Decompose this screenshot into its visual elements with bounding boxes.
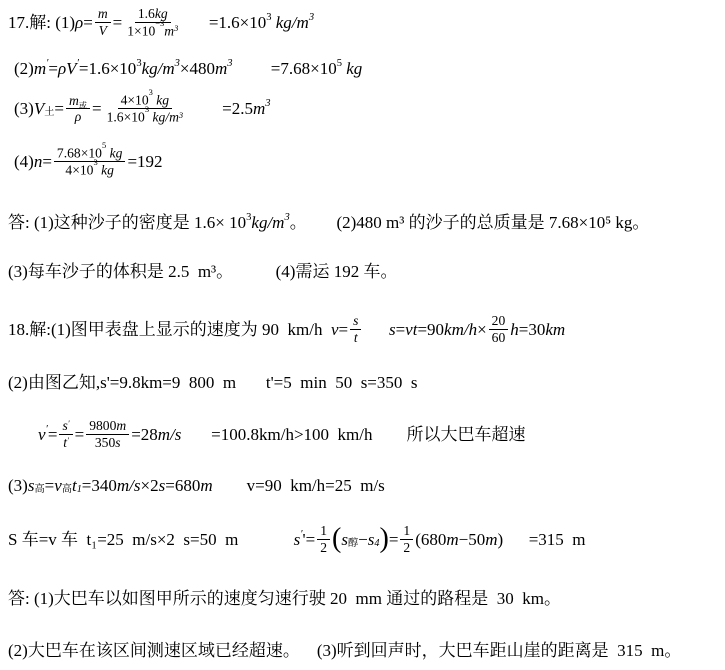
fraction-numerator: 1.6kg <box>135 6 171 23</box>
math-subit: 1 <box>77 484 82 497</box>
fraction-denominator: 60 <box>489 330 509 346</box>
math-it: ρ <box>75 12 83 33</box>
math-it: m <box>164 23 174 38</box>
math-tx: =28 <box>131 424 158 445</box>
math-tx: 1.6 <box>138 6 155 21</box>
fraction-denominator: 1.6×103 kg/m3 <box>104 109 187 125</box>
math-tx: = <box>339 319 349 340</box>
fraction-numerator: 1 <box>317 523 330 540</box>
math-it: kg <box>106 146 122 161</box>
math-tx: (2)由图乙知,s'=9.8km=9 800 m t'=5 min 50 s=3… <box>8 372 418 393</box>
math-tx: =7.68×10 <box>233 58 337 79</box>
math-it: v <box>38 424 46 445</box>
math-tx: = <box>48 58 58 79</box>
math-it: s <box>115 435 120 450</box>
math-fraction: 9800m350s <box>86 418 129 450</box>
math-tx: =192 <box>127 151 162 172</box>
q17-step2-line: (2)m′=ρV′=1.6×103kg/m3×480m3 =7.68×105 k… <box>14 58 362 79</box>
fraction-numerator: 20 <box>489 313 509 330</box>
math-tx: 答: (1)大巴车以如图甲所示的速度匀速行驶 20 mm 通过的路程是 30 k… <box>8 588 561 609</box>
math-tx: = <box>396 319 406 340</box>
math-fraction: mV <box>95 6 111 38</box>
math-tx: =315 m <box>503 529 585 550</box>
math-tx: =340 <box>82 475 117 496</box>
math-tx: 17.解: (1) <box>8 12 75 33</box>
math-tx: 350 <box>95 435 115 450</box>
math-it: V <box>99 23 107 38</box>
math-tx: 1 <box>320 523 327 538</box>
math-it: s <box>159 475 166 496</box>
math-it: s <box>389 319 396 340</box>
math-fraction: 4×103 kg1.6×103 kg/m3 <box>104 92 187 125</box>
math-sup: 3 <box>136 57 141 70</box>
math-tx: ×2 <box>141 475 159 496</box>
math-supit: 3 <box>227 57 232 70</box>
q18-answer2-line: (2)大巴车在该区间测速区域已经超速。 (3)听到回声时，大巴车距山崖的距离是 … <box>8 640 681 661</box>
q17-step3-line: (3)V土=m或ρ=4×103 kg1.6×103 kg/m3 =2.5m3 <box>14 92 271 125</box>
math-it: kg/m <box>149 110 179 125</box>
math-fraction: 12 <box>400 523 413 555</box>
fraction-numerator: 1 <box>400 523 413 540</box>
math-it: s <box>62 418 67 433</box>
math-supit: ′ <box>46 423 48 436</box>
fraction-denominator: 4×103 kg <box>62 162 117 178</box>
math-it: ρ <box>75 109 82 124</box>
math-tx: =100.8km/h>100 km/h 所以大巴车超速 <box>181 424 525 445</box>
math-tx: 20 <box>492 313 506 328</box>
math-it: ρV <box>58 58 77 79</box>
math-it: km <box>545 319 565 340</box>
math-it: v <box>54 475 62 496</box>
math-it: m <box>200 475 212 496</box>
math-supit: 3 <box>309 11 314 24</box>
fraction-denominator: ρ <box>72 109 85 125</box>
fraction-numerator: 7.68×105 kg <box>54 145 126 162</box>
math-it: kg <box>342 58 362 79</box>
math-supit: 3 <box>284 211 289 224</box>
q17-answer1-line: 答: (1)这种沙子的密度是 1.6× 103kg/m3。 (2)480 m³ … <box>8 212 649 233</box>
math-tx: = <box>45 475 55 496</box>
math-tx: 2 <box>403 540 410 555</box>
math-tx: 答: (1)这种沙子的密度是 1.6× 10 <box>8 212 246 233</box>
math-it: kg <box>153 93 169 108</box>
math-sup: 3 <box>149 87 153 97</box>
math-it: m <box>253 98 265 119</box>
q18-step5-line: S 车=v 车 t₁=25 m/s×2 s=50 m s′'=12(s醇−s4)… <box>8 522 586 557</box>
math-tx <box>363 319 389 340</box>
math-tx: (3) <box>14 98 34 119</box>
fraction-denominator: 2 <box>400 540 413 556</box>
math-tx: = <box>92 98 102 119</box>
math-tx: =30 <box>519 319 546 340</box>
math-fraction: 7.68×105 kg4×103 kg <box>54 145 126 178</box>
math-tx: =680 <box>165 475 200 496</box>
math-tx: 2 <box>320 540 327 555</box>
math-it: s <box>353 313 358 328</box>
math-tx: = <box>113 12 123 33</box>
math-tx: ×480 <box>180 58 215 79</box>
math-sup: 3 <box>246 211 251 224</box>
math-supit: ′ <box>300 528 302 541</box>
math-tx: v=90 km/h=25 m/s <box>213 475 385 496</box>
q17-answer2-line: (3)每车沙子的体积是 2.5 m³。 (4)需运 192 车。 <box>8 261 397 282</box>
math-tx: 9800 <box>89 418 116 433</box>
math-supit: 3 <box>265 97 270 110</box>
fraction-denominator: V <box>96 23 110 39</box>
math-sup: 3 <box>266 11 271 24</box>
math-tx: =1.6×10 <box>183 12 266 33</box>
math-tx: (3)每车沙子的体积是 2.5 m³。 (4)需运 192 车。 <box>8 261 397 282</box>
math-tx: = <box>54 98 64 119</box>
fraction-denominator: t <box>351 330 361 346</box>
math-sup: 5 <box>337 57 342 70</box>
math-supit: ′ <box>68 418 70 428</box>
math-tx: 。 (2)480 m³ 的沙子的总质量是 7.68×10⁵ kg。 <box>290 212 650 233</box>
math-supit: 3 <box>175 57 180 70</box>
q18-step2-line: (2)由图乙知,s'=9.8km=9 800 m t'=5 min 50 s=3… <box>8 372 418 393</box>
math-tx: S 车=v 车 t₁=25 m/s×2 s=50 m <box>8 529 294 550</box>
math-it: v <box>331 319 339 340</box>
math-tx: = <box>48 424 58 445</box>
math-tx: (4) <box>14 151 34 172</box>
q18-step4-line: (3)s高=v高t1=340m/s×2s=680m v=90 km/h=25 m… <box>8 475 385 496</box>
math-fraction: s′t′ <box>59 418 72 450</box>
math-tx: (2)大巴车在该区间测速区域已经超速。 (3)听到回声时，大巴车距山崖的距离是 … <box>8 640 681 661</box>
math-it: m <box>69 93 79 108</box>
math-big: ) <box>379 521 388 556</box>
math-it: m <box>446 529 458 550</box>
math-it: m/s <box>158 424 182 445</box>
math-it: m/s <box>117 475 141 496</box>
math-tx: = <box>42 151 52 172</box>
solution-document: 17.解: (1)ρ=mV=1.6kg1×10−3m3 =1.6×103 kg/… <box>0 0 725 670</box>
math-it: h <box>510 319 519 340</box>
math-fraction: 1.6kg1×10−3m3 <box>124 6 181 39</box>
math-it: s <box>341 529 348 550</box>
math-fraction: st <box>350 313 361 345</box>
math-tx: (680 <box>415 529 446 550</box>
math-tx: =2.5 <box>188 98 253 119</box>
fraction-numerator: s <box>350 313 361 330</box>
math-it: t <box>354 330 358 345</box>
q17-step4-line: (4)n=7.68×105 kg4×103 kg=192 <box>14 145 163 178</box>
math-tx: 60 <box>492 330 506 345</box>
math-sub: 或 <box>79 101 87 110</box>
fraction-numerator: m <box>95 6 111 23</box>
math-sup: 5 <box>102 140 106 150</box>
math-sub: 醇 <box>348 538 358 551</box>
math-sub: 高 <box>34 484 44 497</box>
math-supit: ′ <box>77 57 79 70</box>
math-tx: (3) <box>8 475 28 496</box>
math-tx: 1×10 <box>127 23 155 38</box>
math-tx: × <box>477 319 487 340</box>
q18-step3-line: v′=s′t′=9800m350s=28m/s =100.8km/h>100 k… <box>38 418 526 450</box>
math-it: kg/m <box>142 58 175 79</box>
fraction-denominator: 350s <box>92 435 124 451</box>
math-tx: =1.6×10 <box>79 58 136 79</box>
math-it: s <box>368 529 375 550</box>
math-it: km/h <box>444 319 477 340</box>
math-tx: (2) <box>14 58 34 79</box>
math-sub: 土 <box>44 107 54 120</box>
fraction-numerator: 9800m <box>86 418 129 435</box>
math-it: vt <box>405 319 417 340</box>
math-sup: 3 <box>145 104 149 114</box>
math-it: kg/m <box>272 12 309 33</box>
math-fraction: 12 <box>317 523 330 555</box>
q18-step1-line: 18.解:(1)图甲表盘上显示的速度为 90 km/h v=st s=vt=90… <box>8 313 565 345</box>
math-supit: 3 <box>174 23 178 33</box>
math-it: n <box>34 151 43 172</box>
math-tx: 1 <box>403 523 410 538</box>
q17-step1-line: 17.解: (1)ρ=mV=1.6kg1×10−3m3 =1.6×103 kg/… <box>8 6 314 39</box>
math-tx: =90 <box>417 319 444 340</box>
math-tx: = <box>83 12 93 33</box>
math-it: kg <box>98 163 114 178</box>
math-big: ( <box>332 521 341 556</box>
math-fraction: m或ρ <box>66 93 90 125</box>
math-tx: '= <box>303 529 316 550</box>
fraction-numerator: s′ <box>59 418 72 435</box>
fraction-denominator: t′ <box>60 435 72 451</box>
math-supit: 3 <box>179 110 183 120</box>
math-supit: ′ <box>46 57 48 70</box>
math-tx: 18.解:(1)图甲表盘上显示的速度为 90 km/h <box>8 319 331 340</box>
math-it: kg/m <box>251 212 284 233</box>
math-it: m <box>98 6 108 21</box>
math-sub: 高 <box>62 484 72 497</box>
q18-answer1-line: 答: (1)大巴车以如图甲所示的速度匀速行驶 20 mm 通过的路程是 30 k… <box>8 588 561 609</box>
math-tx: −50 <box>459 529 486 550</box>
math-it: m <box>485 529 497 550</box>
math-it: m <box>34 58 46 79</box>
math-it: s <box>294 529 301 550</box>
math-it: s <box>28 475 35 496</box>
math-fraction: 2060 <box>489 313 509 345</box>
fraction-numerator: m或 <box>66 93 90 110</box>
math-tx: 4×10 <box>65 163 93 178</box>
fraction-denominator: 2 <box>317 540 330 556</box>
math-sup: −3 <box>155 18 164 28</box>
math-tx: = <box>389 529 399 550</box>
math-tx: = <box>75 424 85 445</box>
fraction-denominator: 1×10−3m3 <box>124 23 181 39</box>
math-tx: 1.6×10 <box>107 110 145 125</box>
math-tx: − <box>358 529 368 550</box>
math-it: V <box>34 98 44 119</box>
math-it: m <box>215 58 227 79</box>
math-sup: 3 <box>93 157 97 167</box>
math-supit: ′ <box>67 435 69 445</box>
math-it: m <box>116 418 126 433</box>
